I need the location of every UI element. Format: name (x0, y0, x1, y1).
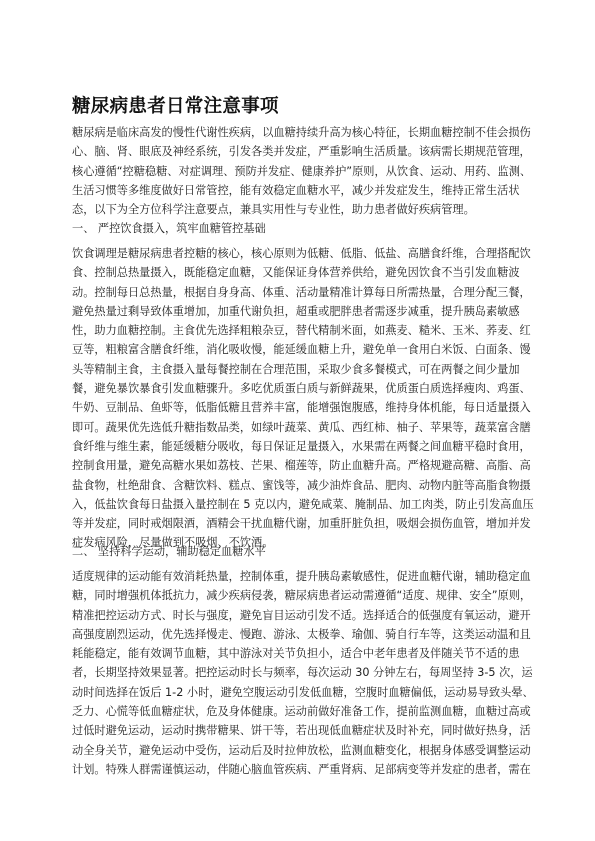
section-heading: 一、 严控饮食摄入，筑牢血糖管控基础 (72, 219, 532, 238)
text-line: 盐食物，杜绝甜食、含糖饮料、糕点、蜜饯等，减少油炸食品、肥肉、动物内脏等高脂食物… (72, 476, 532, 495)
section-1-heading-wrap: 一、 严控饮食摄入，筑牢血糖管控基础 (72, 219, 532, 238)
text-line: 动。控制每日总热量，根据自身身高、体重、活动量精准计算每日所需热量，合理分配三餐… (72, 283, 532, 302)
text-line: 控制食用量，避免高糖水果如荔枝、芒果、榴莲等，防止血糖升高。严格规避高糖、高脂、… (72, 456, 532, 475)
text-line: 食纤维与维生素，能延缓糖分吸收，每日保证足量摄入，水果需在两餐之间血糖平稳时食用… (72, 437, 532, 456)
text-line: 入，低盐饮食每日盐摄入量控制在 5 克以内，避免咸菜、腌制品、加工肉类，防止引发… (72, 495, 532, 514)
text-line: 糖，同时增强机体抵抗力，减少疾病侵袭，糖尿病患者运动需遵循“适度、规律、安全”原… (72, 586, 532, 605)
text-line: 耗能稳定，能有效调节血糖，其中游泳对关节负担小，适合中老年患者及伴随关节不适的患 (72, 644, 532, 663)
text-line: 豆等，粗粮富含膳食纤维，消化吸收慢，能延缓血糖上升，避免单一食用白米饭、白面条、… (72, 340, 532, 359)
text-line: 过低时避免运动，运动时携带糖果、饼干等，若出现低血糖症状及时补充，同时做好热身，… (72, 721, 532, 740)
text-line: 餐，避免暴饮暴食引发血糖骤升。多吃优质蛋白质与新鲜蔬果，优质蛋白质选择瘦肉、鸡蛋… (72, 379, 532, 398)
text-line: 乏力、心慌等低血糖症状，危及身体健康。运动前做好准备工作，提前监测血糖，血糖过高… (72, 702, 532, 721)
text-line: 食、控制总热量摄入，既能稳定血糖，又能保证身体营养供给，避免因饮食不当引发血糖波 (72, 263, 532, 282)
text-line: 动全身关节，避免运动中受伤，运动后及时拉伸放松，监测血糖变化，根据身体感受调整运… (72, 741, 532, 760)
text-line: 动时间选择在饭后 1-2 小时，避免空腹运动引发低血糖，空腹时血糖偏低，运动易导… (72, 683, 532, 702)
text-line: 心、脑、肾、眼底及神经系统，引发各类并发症，严重影响生活质量。该病需长期规范管理… (72, 142, 532, 161)
text-line: 核心遵循“控糖稳糖、对症调理、预防并发症、健康养护”原则，从饮食、运动、用药、监… (72, 162, 532, 181)
text-line: 等并发症，同时戒烟限酒，酒精会干扰血糖代谢，加重肝脏负担，吸烟会损伤血管，增加并… (72, 514, 532, 533)
document-title: 糖尿病患者日常注意事项 (72, 92, 279, 118)
text-line: 生活习惯等多维度做好日常管控，能有效稳定血糖水平，减少并发症发生，维持正常生活状 (72, 181, 532, 200)
text-line: 避免热量过剩导致体重增加，加重代谢负担，超重或肥胖患者需逐步减重，提升胰岛素敏感 (72, 302, 532, 321)
section-heading: 二、 坚持科学运动，辅助稳定血糖水平 (72, 542, 532, 561)
text-line: 精准把控运动方式、时长与强度，避免盲目运动引发不适。选择适合的低强度有氧运动，避… (72, 606, 532, 625)
text-line: 计划。特殊人群需谨慎运动，伴随心脑血管疾病、严重肾病、足部病变等并发症的患者，需… (72, 760, 532, 779)
text-line: 高强度剧烈运动，优先选择慢走、慢跑、游泳、太极拳、瑜伽、骑自行车等，这类运动温和… (72, 625, 532, 644)
text-line: 牛奶、豆制品、鱼虾等，低脂低糖且营养丰富，能增强饱腹感，维持身体机能，每日适量摄… (72, 398, 532, 417)
section-2-heading-wrap: 二、 坚持科学运动，辅助稳定血糖水平 (72, 542, 532, 561)
section-1-paragraph: 饮食调理是糖尿病患者控糖的核心，核心原则为低糖、低脂、低盐、高膳食纤维，合理搭配… (72, 244, 532, 553)
intro-paragraph: 糖尿病是临床高发的慢性代谢性疾病，以血糖持续升高为核心特征，长期血糖控制不佳会损… (72, 123, 532, 219)
text-line: 者，长期坚持效果显著。把控运动时长与频率，每次运动 30 分钟左右，每周坚持 3… (72, 663, 532, 682)
text-line: 饮食调理是糖尿病患者控糖的核心，核心原则为低糖、低脂、低盐、高膳食纤维，合理搭配… (72, 244, 532, 263)
text-line: 头等精制主食，主食摄入量每餐控制在合理范围，采取少食多餐模式，可在两餐之间少量加 (72, 360, 532, 379)
section-2-paragraph: 适度规律的运动能有效消耗热量，控制体重，提升胰岛素敏感性，促进血糖代谢，辅助稳定… (72, 567, 532, 779)
text-line: 性，助力血糖控制。主食优先选择粗粮杂豆，替代精制米面，如燕麦、糙米、玉米、荞麦、… (72, 321, 532, 340)
text-line: 即可。蔬果优先选低升糖指数品类，如绿叶蔬菜、黄瓜、西红柿、柚子、苹果等，蔬菜富含… (72, 418, 532, 437)
text-line: 糖尿病是临床高发的慢性代谢性疾病，以血糖持续升高为核心特征，长期血糖控制不佳会损… (72, 123, 532, 142)
text-line: 适度规律的运动能有效消耗热量，控制体重，提升胰岛素敏感性，促进血糖代谢，辅助稳定… (72, 567, 532, 586)
text-line: 态，以下为全方位科学注意要点，兼具实用性与专业性，助力患者做好疾病管理。 (72, 200, 532, 219)
